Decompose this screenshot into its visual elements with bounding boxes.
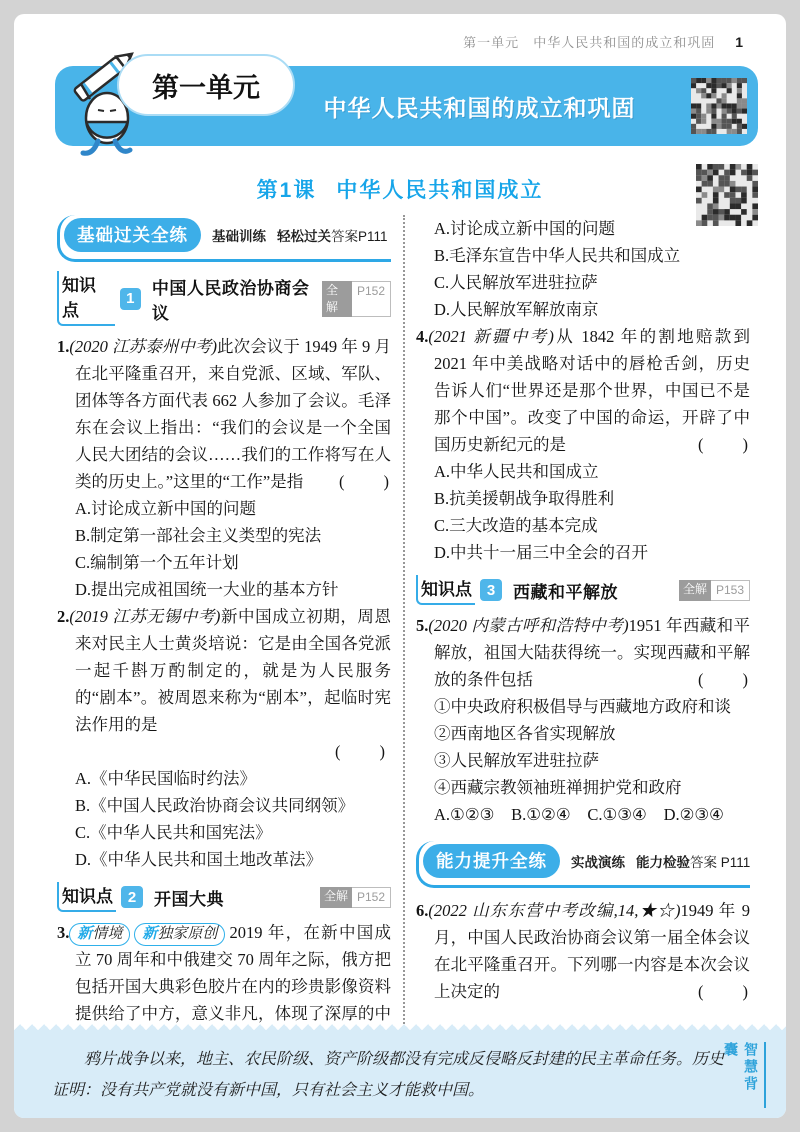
option-c: C.人民解放军进驻拉萨 <box>416 269 750 296</box>
unit-banner: 第一单元 中华人民共和国的成立和巩固 <box>55 66 758 146</box>
kp-label: 知识点 <box>57 271 115 326</box>
option-a: A.讨论成立新中国的问题 <box>416 215 750 242</box>
option-b: B.毛泽东宣告中华人民共和国成立 <box>416 242 750 269</box>
option-b: B.《中国人民政治协商会议共同纲领》 <box>57 792 391 819</box>
section-pill-basic: 基础过关全练 <box>64 218 201 252</box>
knowledge-point-3: 知识点 3 西藏和平解放 全解P153 <box>416 575 750 605</box>
section-sub2: 轻松过关 <box>277 225 331 245</box>
question-2: 2.(2019 江苏无锡中考)新中国成立初期，周恩来对民主人士黄炎培说：它是由全… <box>57 603 391 873</box>
knowledge-point-2: 知识点 2 开国大典 全解P152 <box>57 882 391 912</box>
item-4: ④西藏宗教领袖班禅拥护党和政府 <box>416 774 750 801</box>
question-3-options: A.讨论成立新中国的问题 B.毛泽东宣告中华人民共和国成立 C.人民解放军进驻拉… <box>416 215 750 323</box>
question-text: 新中国成立初期，周恩来对民主人士黄炎培说：它是由全国各党派一起千斟万酌制定的，就… <box>75 607 391 734</box>
badge-new-scenario: 新情境 <box>69 923 130 946</box>
option-d: D.②③④ <box>664 801 724 828</box>
option-c: C.三大改造的基本完成 <box>416 512 750 539</box>
section-basic-practice: 基础过关全练 基础训练 轻松过关 答案P111 <box>57 215 391 262</box>
quanjie-tag: 全解P153 <box>679 580 750 601</box>
question-number: 2. <box>57 607 69 626</box>
answer-bracket: ( ) <box>716 666 750 693</box>
section-pill-ability: 能力提升全练 <box>423 844 560 878</box>
question-number: 5. <box>416 616 428 635</box>
option-b: B.制定第一部社会主义类型的宪法 <box>57 522 391 549</box>
running-head: 第一单元中华人民共和国的成立和巩固1 <box>463 32 744 51</box>
answer-bracket: ( ) <box>716 431 750 458</box>
badge-new-original: 新独家原创 <box>134 923 225 946</box>
kp-title: 开国大典 <box>154 885 224 910</box>
question-source: (2021 新疆中考) <box>428 327 554 346</box>
unit-badge-label: 第一单元 <box>152 66 260 105</box>
question-1: 1.(2020 江苏泰州中考)此次会议于 1949 年 9 月在北平隆重召开，来… <box>57 333 391 603</box>
knowledge-point-1: 知识点 1 中国人民政治协商会议 全解P152 <box>57 271 391 326</box>
option-a: A.中华人民共和国成立 <box>416 458 750 485</box>
option-c: C.《中华人民共和国宪法》 <box>57 819 391 846</box>
left-column: 基础过关全练 基础训练 轻松过关 答案P111 知识点 1 中国人民政治协商会议… <box>57 215 391 1027</box>
section-ability-practice: 能力提升全练 实战演练 能力检验 答案 P111 <box>416 841 750 888</box>
unit-title: 中华人民共和国的成立和巩固 <box>305 66 654 146</box>
question-number: 3. <box>57 923 69 942</box>
question-6: 6.(2022 山东东营中考改编,14,★☆)1949 年 9 月，中国人民政治… <box>416 897 750 1005</box>
answer-reference: 答案P111 <box>331 225 390 245</box>
question-text: 此次会议于 1949 年 9 月在北平隆重召开，来自党派、区域、军队、团体等各方… <box>75 337 391 491</box>
kp-label: 知识点 <box>416 575 475 605</box>
question-source: (2022 山东东营中考改编,14,★☆) <box>428 901 680 920</box>
question-5-options: A.①②③ B.①②④ C.①③④ D.②③④ <box>416 801 750 828</box>
right-column: A.讨论成立新中国的问题 B.毛泽东宣告中华人民共和国成立 C.人民解放军进驻拉… <box>416 215 750 1027</box>
option-a: A.①②③ <box>434 801 494 828</box>
item-1: ①中央政府积极倡导与西藏地方政府和谈 <box>416 693 750 720</box>
kp-title: 中国人民政治协商会议 <box>152 274 322 324</box>
footer-wisdom-box: 鸦片战争以来，地主、农民阶级、资产阶级都没有完成反侵略反封建的民主革命任务。历史… <box>14 1032 786 1118</box>
footer-side-label: 智慧背囊 <box>721 1042 766 1108</box>
option-d: D.中共十一届三中全会的召开 <box>416 539 750 566</box>
question-3: 3.新情境新独家原创2019 年，在新中国成立 70 周年和中俄建交 70 周年… <box>57 919 391 1027</box>
kp-number-badge: 2 <box>121 886 143 908</box>
running-head-title: 中华人民共和国的成立和巩固 <box>533 35 715 50</box>
kp-label: 知识点 <box>57 882 116 912</box>
kp-title: 西藏和平解放 <box>513 578 618 603</box>
question-4: 4.(2021 新疆中考)从 1842 年的割地赔款到 2021 年中美战略对话… <box>416 323 750 566</box>
option-a: A.《中华民国临时约法》 <box>57 765 391 792</box>
workbook-page: 第一单元中华人民共和国的成立和巩固1 <box>14 14 786 1118</box>
question-source: (2019 江苏无锡中考) <box>69 607 220 626</box>
question-number: 6. <box>416 901 428 920</box>
running-head-unit: 第一单元 <box>463 35 519 50</box>
quanjie-tag: 全解P152 <box>320 887 391 908</box>
qr-code <box>691 78 747 134</box>
question-5-items: ①中央政府积极倡导与西藏地方政府和谈 ②西南地区各省实现解放 ③人民解放军进驻拉… <box>416 693 750 801</box>
footer-text: 鸦片战争以来，地主、农民阶级、资产阶级都没有完成反侵略反封建的民主革命任务。历史… <box>52 1044 724 1106</box>
option-d: D.提出完成祖国统一大业的基本方针 <box>57 576 391 603</box>
answer-bracket: ( ) <box>57 738 391 765</box>
answer-bracket: ( ) <box>716 978 750 1005</box>
answer-reference: 答案 P111 <box>690 851 750 871</box>
section-sub1: 基础训练 <box>212 225 266 245</box>
question-source: (2020 江苏泰州中考) <box>69 337 217 356</box>
content-columns: 基础过关全练 基础训练 轻松过关 答案P111 知识点 1 中国人民政治协商会议… <box>57 215 750 1027</box>
item-2: ②西南地区各省实现解放 <box>416 720 750 747</box>
section-sub1: 实战演练 <box>571 851 625 871</box>
option-d: D.《中华人民共和国土地改革法》 <box>57 846 391 873</box>
question-5: 5.(2020 内蒙古呼和浩特中考)1951 年西藏和平解放，祖国大陆获得统一。… <box>416 612 750 828</box>
answer-bracket: ( ) <box>357 468 391 495</box>
option-b: B.抗美援朝战争取得胜利 <box>416 485 750 512</box>
question-number: 4. <box>416 327 428 346</box>
column-divider <box>403 215 405 1027</box>
option-d: D.人民解放军解放南京 <box>416 296 750 323</box>
kp-number-badge: 3 <box>480 579 502 601</box>
option-b: B.①②④ <box>511 801 571 828</box>
lesson-number: 第1课 <box>257 179 317 202</box>
section-sub2: 能力检验 <box>636 851 690 871</box>
question-number: 1. <box>57 337 69 356</box>
lesson-title: 中华人民共和国成立 <box>336 179 543 202</box>
question-source: (2020 内蒙古呼和浩特中考) <box>428 616 628 635</box>
option-c: C.编制第一个五年计划 <box>57 549 391 576</box>
unit-badge: 第一单元 <box>117 54 295 116</box>
page-number: 1 <box>735 34 744 50</box>
lesson-heading: 第1课中华人民共和国成立 <box>14 174 786 204</box>
quanjie-tag: 全解P152 <box>322 281 391 317</box>
item-3: ③人民解放军进驻拉萨 <box>416 747 750 774</box>
option-a: A.讨论成立新中国的问题 <box>57 495 391 522</box>
kp-number-badge: 1 <box>120 288 141 310</box>
option-c: C.①③④ <box>587 801 647 828</box>
